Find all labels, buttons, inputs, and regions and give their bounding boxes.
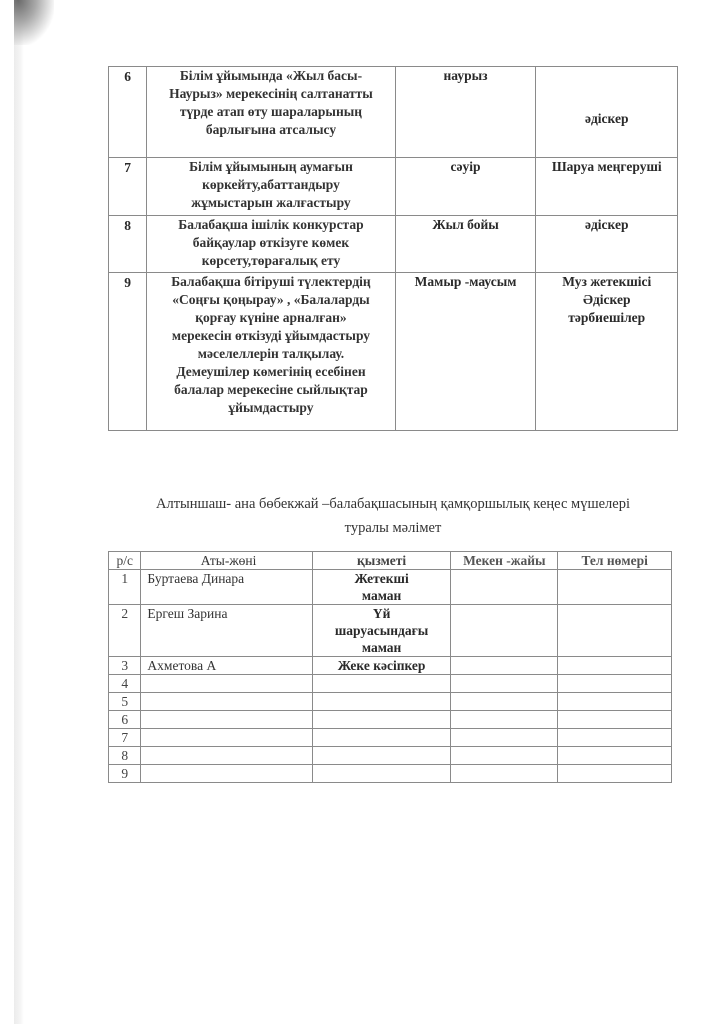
- row-number: 9: [109, 273, 147, 431]
- event-date: наурыз: [395, 67, 536, 158]
- event-description: Балабақша бітіруші түлектердің «Соңғы қо…: [147, 273, 395, 431]
- member-name: Ергеш Зарина: [141, 605, 312, 657]
- event-responsible: Муз жетекшісі Әдіскер тәрбиешілер: [536, 273, 678, 431]
- member-phone: [558, 729, 672, 747]
- members-table-body: 1Буртаева ДинараЖетекші маман2Ергеш Зари…: [109, 570, 672, 783]
- member-phone: [558, 605, 672, 657]
- table-row: 3Ахметова АЖеке кәсіпкер: [109, 657, 672, 675]
- header-name: Аты-жөні: [141, 552, 312, 570]
- row-number: 5: [109, 693, 141, 711]
- table-row: 2Ергеш ЗаринаҮй шаруасындағы маман: [109, 605, 672, 657]
- row-number: 7: [109, 729, 141, 747]
- member-phone: [558, 657, 672, 675]
- event-date: Мамыр -маусым: [395, 273, 536, 431]
- member-address: [451, 729, 558, 747]
- council-members-table: р/с Аты-жөні қызметі Мекен -жайы Тел нөм…: [108, 551, 672, 783]
- row-number: 9: [109, 765, 141, 783]
- event-plan-table: 6 Білім ұйымында «Жыл басы- Наурыз» мере…: [108, 66, 678, 431]
- table-header-row: р/с Аты-жөні қызметі Мекен -жайы Тел нөм…: [109, 552, 672, 570]
- member-name: [141, 693, 312, 711]
- member-address: [451, 605, 558, 657]
- row-number: 8: [109, 216, 147, 273]
- member-phone: [558, 711, 672, 729]
- member-position: [312, 765, 451, 783]
- member-phone: [558, 765, 672, 783]
- header-phone: Тел нөмері: [558, 552, 672, 570]
- member-position: Жетекші маман: [312, 570, 451, 605]
- member-address: [451, 570, 558, 605]
- row-number: 3: [109, 657, 141, 675]
- member-address: [451, 657, 558, 675]
- table-row: 1Буртаева ДинараЖетекші маман: [109, 570, 672, 605]
- table-row: 6 Білім ұйымында «Жыл басы- Наурыз» мере…: [109, 67, 678, 158]
- row-number: 7: [109, 158, 147, 216]
- header-address: Мекен -жайы: [451, 552, 558, 570]
- member-address: [451, 711, 558, 729]
- member-address: [451, 693, 558, 711]
- table-row: 5: [109, 693, 672, 711]
- event-responsible: Шаруа меңгеруші: [536, 158, 678, 216]
- member-position: [312, 693, 451, 711]
- table-row: 7 Білім ұйымының аумағын көркейту,абатта…: [109, 158, 678, 216]
- member-name: Ахметова А: [141, 657, 312, 675]
- event-responsible: әдіскер: [536, 67, 678, 158]
- row-number: 8: [109, 747, 141, 765]
- member-position: [312, 711, 451, 729]
- member-name: [141, 711, 312, 729]
- table-row: 4: [109, 675, 672, 693]
- scan-edge-shadow: [14, 0, 54, 45]
- member-name: [141, 675, 312, 693]
- event-responsible: әдіскер: [536, 216, 678, 273]
- member-position: [312, 747, 451, 765]
- row-number: 2: [109, 605, 141, 657]
- member-name: [141, 765, 312, 783]
- section-title: Алтыншаш- ана бөбекжай –балабақшасының қ…: [108, 492, 678, 540]
- event-description: Балабақша ішілік конкурстар байқаулар өт…: [147, 216, 395, 273]
- member-address: [451, 747, 558, 765]
- table-row: 8 Балабақша ішілік конкурстар байқаулар …: [109, 216, 678, 273]
- member-position: [312, 729, 451, 747]
- event-date: сәуір: [395, 158, 536, 216]
- row-number: 6: [109, 67, 147, 158]
- member-name: [141, 729, 312, 747]
- member-phone: [558, 747, 672, 765]
- member-phone: [558, 693, 672, 711]
- member-phone: [558, 675, 672, 693]
- member-address: [451, 765, 558, 783]
- event-description: Білім ұйымының аумағын көркейту,абаттанд…: [147, 158, 395, 216]
- member-position: Жеке кәсіпкер: [312, 657, 451, 675]
- table-row: 9: [109, 765, 672, 783]
- scan-edge-strip: [14, 0, 24, 1024]
- table-row: 7: [109, 729, 672, 747]
- member-position: Үй шаруасындағы маман: [312, 605, 451, 657]
- member-name: [141, 747, 312, 765]
- row-number: 6: [109, 711, 141, 729]
- table-row: 8: [109, 747, 672, 765]
- member-phone: [558, 570, 672, 605]
- table-row: 9 Балабақша бітіруші түлектердің «Соңғы …: [109, 273, 678, 431]
- event-description: Білім ұйымында «Жыл басы- Наурыз» мереке…: [147, 67, 395, 158]
- member-address: [451, 675, 558, 693]
- member-name: Буртаева Динара: [141, 570, 312, 605]
- header-position: қызметі: [312, 552, 451, 570]
- event-date: Жыл бойы: [395, 216, 536, 273]
- header-number: р/с: [109, 552, 141, 570]
- row-number: 4: [109, 675, 141, 693]
- row-number: 1: [109, 570, 141, 605]
- table-row: 6: [109, 711, 672, 729]
- member-position: [312, 675, 451, 693]
